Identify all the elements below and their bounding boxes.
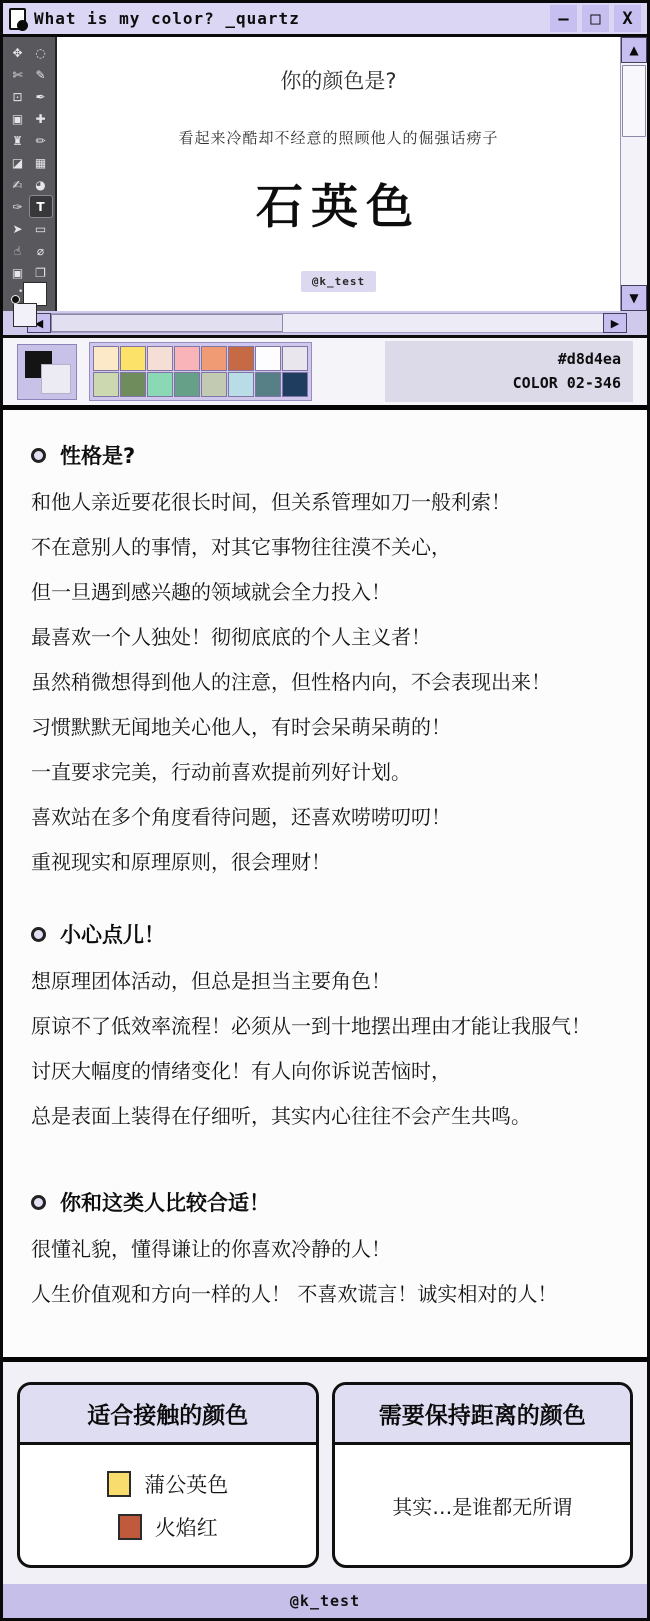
text-line: 总是表面上装得在仔细听，其实内心往往不会产生共鸣。 <box>31 1104 619 1129</box>
legend-color-swatch <box>118 1514 142 1540</box>
quick-select-tool-icon[interactable]: ✎ <box>30 64 52 85</box>
text-line: 重视现实和原理原则，很会理财！ <box>31 850 619 875</box>
color-picker-preview[interactable] <box>17 344 77 400</box>
brush-tool-icon[interactable]: ✏ <box>30 130 52 151</box>
canvas-subtitle: 看起来冷酷却不经意的照顾他人的倔强话痨子 <box>178 127 498 148</box>
bullet-circle-icon <box>31 448 46 463</box>
section-heading-match: 你和这类人比较合适！ <box>31 1187 619 1217</box>
palette-swatch[interactable] <box>201 346 227 371</box>
tool-grid: ✥◌✄✎⊡✒▣✚♜✏◪▦✍◕✑T➤▭☝⌀▣❐ <box>7 42 52 283</box>
vertical-scroll-track[interactable] <box>621 63 647 285</box>
vertical-scroll-thumb[interactable] <box>622 65 646 137</box>
text-line: 和他人亲近要花很长时间，但关系管理如刀一般利索！ <box>31 490 619 515</box>
palette-swatch[interactable] <box>228 372 254 397</box>
section-lines-caution: 想原理团体活动，但总是担当主要角色！原谅不了低效率流程！必须从一到十地摆出理由才… <box>31 969 619 1129</box>
foreground-background-swatch[interactable] <box>11 303 47 306</box>
text-line: 一直要求完美，行动前喜欢提前列好计划。 <box>31 760 619 785</box>
text-line: 很懂礼貌，懂得谦让的你喜欢冷静的人！ <box>31 1237 619 1262</box>
mask-mode-icon[interactable]: ▣ <box>7 262 29 283</box>
color-hex-value: #d8d4ea <box>397 348 621 371</box>
canvas: 你的颜色是? 看起来冷酷却不经意的照顾他人的倔强话痨子 石英色 @k_test <box>57 37 620 311</box>
tool-panel: ✥◌✄✎⊡✒▣✚♜✏◪▦✍◕✑T➤▭☝⌀▣❐ ••• <box>3 37 57 311</box>
shape-tool-icon[interactable]: ▭ <box>30 218 52 239</box>
legend-color-swatch <box>107 1471 131 1497</box>
pen-tool-icon[interactable]: ✑ <box>7 196 29 217</box>
maximize-button[interactable]: □ <box>582 5 609 32</box>
move-tool-icon[interactable]: ✥ <box>7 42 29 63</box>
section-title: 小心点儿！ <box>60 919 165 949</box>
canvas-credit-badge: @k_test <box>301 271 376 292</box>
eraser-tool-icon[interactable]: ◪ <box>7 152 29 173</box>
color-info-box: #d8d4ea COLOR 02-346 <box>385 341 633 402</box>
compatible-colors-title: 适合接触的颜色 <box>20 1385 316 1445</box>
legend-color-label: 蒲公英色 <box>144 1469 228 1499</box>
palette-swatch[interactable] <box>255 346 281 371</box>
text-line: 习惯默默无闻地关心他人，有时会呆萌呆萌的！ <box>31 715 619 740</box>
stamp-tool-icon[interactable]: ♜ <box>7 130 29 151</box>
foreground-color-swatch[interactable] <box>13 303 37 327</box>
lasso-tool-icon[interactable]: ✄ <box>7 64 29 85</box>
palette-swatch[interactable] <box>120 346 146 371</box>
window-title: What is my color? _quartz <box>34 9 300 28</box>
gradient-tool-icon[interactable]: ▦ <box>30 152 52 173</box>
section-title: 你和这类人比较合适！ <box>60 1187 270 1217</box>
text-line: 人生价值观和方向一样的人！ 不喜欢谎言！诚实相对的人！ <box>31 1282 619 1307</box>
section-heading-caution: 小心点儿！ <box>31 919 619 949</box>
color-legend-row: 火焰红 <box>118 1512 218 1542</box>
palette-swatch[interactable] <box>255 372 281 397</box>
color-code-value: COLOR 02-346 <box>397 372 621 395</box>
close-button[interactable]: X <box>614 5 641 32</box>
eyedropper-tool-icon[interactable]: ✒ <box>30 86 52 107</box>
text-line: 想原理团体活动，但总是担当主要角色！ <box>31 969 619 994</box>
color-compatibility-panel: 适合接触的颜色 蒲公英色 火焰红 需要保持距离的颜色 其实…是谁都无所谓 <box>3 1362 647 1584</box>
scroll-down-button[interactable]: ▼ <box>621 285 647 311</box>
hand-tool-icon[interactable]: ☝ <box>7 240 29 261</box>
palette-swatch[interactable] <box>174 346 200 371</box>
screen-mode-icon[interactable]: ❐ <box>30 262 52 283</box>
canvas-question: 你的颜色是? <box>280 65 396 95</box>
palette-bar: #d8d4ea COLOR 02-346 <box>3 338 647 410</box>
scroll-up-button[interactable]: ▲ <box>621 37 647 63</box>
swatch-grid-row1-row2 <box>89 342 312 401</box>
distance-colors-card: 需要保持距离的颜色 其实…是谁都无所谓 <box>332 1382 634 1568</box>
scroll-right-button[interactable]: ▶ <box>603 313 627 333</box>
section-lines-match: 很懂礼貌，懂得谦让的你喜欢冷静的人！人生价值观和方向一样的人！ 不喜欢谎言！诚实… <box>31 1237 619 1307</box>
footer-handle: @k_test <box>290 1592 360 1610</box>
minimize-button[interactable]: — <box>550 5 577 32</box>
palette-swatch[interactable] <box>282 346 308 371</box>
horizontal-scroll-track[interactable] <box>51 313 603 333</box>
distance-colors-title: 需要保持距离的颜色 <box>335 1385 631 1445</box>
result-content: 性格是? 和他人亲近要花很长时间，但关系管理如刀一般利索！不在意别人的事情，对其… <box>3 410 647 1362</box>
text-line: 不在意别人的事情，对其它事物往往漠不关心， <box>31 535 619 560</box>
path-select-tool-icon[interactable]: ➤ <box>7 218 29 239</box>
bullet-circle-icon <box>31 1195 46 1210</box>
canvas-color-name: 石英色 <box>256 170 421 237</box>
title-bar: What is my color? _quartz — □ X <box>3 3 647 37</box>
crop-tool-icon[interactable]: ⊡ <box>7 86 29 107</box>
document-icon <box>9 8 26 30</box>
palette-swatch[interactable] <box>93 346 119 371</box>
palette-swatch[interactable] <box>120 372 146 397</box>
distance-colors-note: 其实…是谁都无所谓 <box>392 1491 572 1520</box>
bullet-circle-icon <box>31 927 46 942</box>
text-line: 虽然稍微想得到他人的注意，但性格内向，不会表现出来！ <box>31 670 619 695</box>
type-tool-icon[interactable]: T <box>30 196 52 217</box>
palette-swatch[interactable] <box>147 346 173 371</box>
text-line: 喜欢站在多个角度看待问题，还喜欢唠唠叨叨！ <box>31 805 619 830</box>
vertical-scrollbar[interactable]: ▲ ▼ <box>620 37 647 311</box>
palette-swatch[interactable] <box>228 346 254 371</box>
palette-swatch[interactable] <box>93 372 119 397</box>
editor-region: ✥◌✄✎⊡✒▣✚♜✏◪▦✍◕✑T➤▭☝⌀▣❐ ••• 你的颜色是? 看起来冷酷却… <box>3 37 647 311</box>
section-heading-personality: 性格是? <box>31 440 619 470</box>
background-color-large[interactable] <box>41 364 71 394</box>
horizontal-scrollbar[interactable]: ◀ ▶ <box>3 311 647 338</box>
default-colors-icon[interactable] <box>11 295 20 304</box>
marquee-tool-icon[interactable]: ◌ <box>30 42 52 63</box>
section-title: 性格是? <box>60 440 135 470</box>
healing-tool-icon[interactable]: ✚ <box>30 108 52 129</box>
horizontal-scroll-thumb[interactable] <box>51 314 283 332</box>
text-line: 讨厌大幅度的情绪变化！有人向你诉说苦恼时， <box>31 1059 619 1084</box>
palette-swatch[interactable] <box>147 372 173 397</box>
section-lines-personality: 和他人亲近要花很长时间，但关系管理如刀一般利索！不在意别人的事情，对其它事物往往… <box>31 490 619 875</box>
text-line: 最喜欢一个人独处！彻彻底底的个人主义者！ <box>31 625 619 650</box>
compatible-colors-card: 适合接触的颜色 蒲公英色 火焰红 <box>17 1382 319 1568</box>
dodge-tool-icon[interactable]: ◕ <box>30 174 52 195</box>
palette-swatch[interactable] <box>282 372 308 397</box>
text-line: 但一旦遇到感兴趣的领域就会全力投入！ <box>31 580 619 605</box>
color-legend-row: 蒲公英色 <box>107 1469 228 1499</box>
compatible-colors-body: 蒲公英色 火焰红 <box>20 1445 316 1565</box>
distance-colors-body: 其实…是谁都无所谓 <box>335 1445 631 1565</box>
text-line: 原谅不了低效率流程！必须从一到十地摆出理由才能让我服气！ <box>31 1014 619 1039</box>
frame-tool-icon[interactable]: ▣ <box>7 108 29 129</box>
smudge-tool-icon[interactable]: ✍ <box>7 174 29 195</box>
zoom-tool-icon[interactable]: ⌀ <box>30 240 52 261</box>
palette-swatch[interactable] <box>201 372 227 397</box>
legend-color-label: 火焰红 <box>155 1512 218 1542</box>
palette-swatch[interactable] <box>174 372 200 397</box>
footer-bar: @k_test <box>3 1584 647 1618</box>
app-window: { "window": { "title": "What is my color… <box>0 0 650 1621</box>
